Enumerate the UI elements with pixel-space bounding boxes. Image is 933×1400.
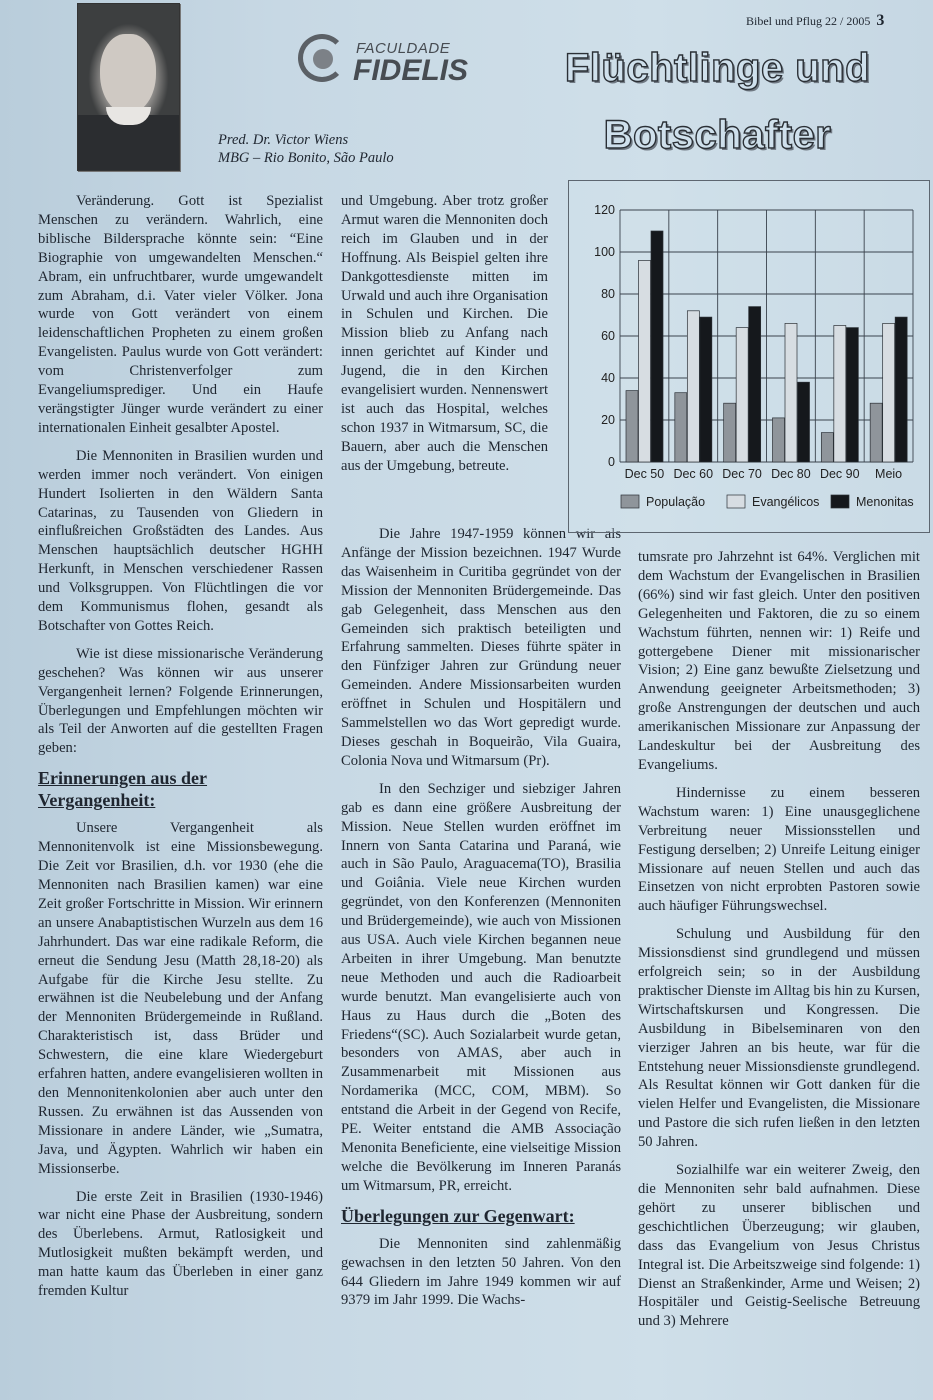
x-tick-label: Dec 80 bbox=[771, 467, 811, 481]
author-affiliation: MBG – Rio Bonito, São Paulo bbox=[218, 149, 394, 167]
paragraph: Hindernisse zu einem besseren Wachstum w… bbox=[638, 784, 920, 916]
x-tick-label: Meio bbox=[875, 467, 902, 481]
paragraph: Schulung und Ausbildung für den Missions… bbox=[638, 925, 920, 1152]
logo-mark-icon bbox=[298, 34, 346, 82]
bar-menonitas bbox=[798, 382, 810, 462]
column-3: tumsrate pro Jahrzehnt ist 64%. Verglich… bbox=[638, 548, 920, 1340]
legend-label: População bbox=[646, 495, 705, 509]
y-tick-label: 120 bbox=[594, 203, 615, 217]
publication-name: Bibel und Pflug 22 / 2005 bbox=[746, 14, 870, 28]
y-tick-label: 20 bbox=[601, 413, 615, 427]
y-tick-label: 40 bbox=[601, 371, 615, 385]
x-tick-label: Dec 90 bbox=[820, 467, 860, 481]
column-2-top: und Umgebung. Aber trotz großer Armut wa… bbox=[341, 192, 548, 485]
paragraph: Die erste Zeit in Brasilien (1930-1946) … bbox=[38, 1188, 323, 1301]
paragraph: Die Mennoniten sind zahlenmäßig gewachse… bbox=[341, 1235, 621, 1311]
legend-swatch bbox=[727, 495, 745, 508]
page-number: 3 bbox=[876, 12, 884, 29]
legend-label: Menonitas bbox=[856, 495, 914, 509]
face bbox=[100, 34, 156, 114]
article-title-line2: Botschafter bbox=[545, 113, 890, 158]
section-heading: Überlegungen zur Gegenwart: bbox=[341, 1205, 621, 1227]
bar-menonitas bbox=[749, 307, 761, 462]
bar-população bbox=[675, 393, 687, 462]
y-tick-label: 80 bbox=[601, 287, 615, 301]
paragraph: Die Jahre 1947-1959 können wir als Anfän… bbox=[341, 525, 621, 771]
paragraph: tumsrate pro Jahrzehnt ist 64%. Verglich… bbox=[638, 548, 920, 775]
bar-evangélicos bbox=[736, 328, 748, 462]
y-tick-label: 0 bbox=[608, 455, 615, 469]
bar-evangélicos bbox=[883, 323, 895, 462]
x-tick-label: Dec 60 bbox=[673, 467, 713, 481]
author-photo bbox=[77, 3, 180, 171]
paragraph: Die Mennoniten in Brasilien wurden und w… bbox=[38, 447, 323, 636]
logo-line2: FIDELIS bbox=[353, 54, 468, 88]
bar-evangélicos bbox=[834, 326, 846, 463]
paragraph: Unsere Vergangenheit als Mennonitenvolk … bbox=[38, 819, 323, 1178]
bar-menonitas bbox=[700, 317, 712, 462]
bar-menonitas bbox=[895, 317, 907, 462]
author-byline: Pred. Dr. Victor Wiens MBG – Rio Bonito,… bbox=[218, 131, 394, 167]
paragraph: In den Sechziger und siebziger Jahren ga… bbox=[341, 780, 621, 1196]
y-tick-label: 60 bbox=[601, 329, 615, 343]
x-tick-label: Dec 70 bbox=[722, 467, 762, 481]
bar-chart: 020406080100120Dec 50Dec 60Dec 70Dec 80D… bbox=[568, 180, 930, 533]
paragraph: Veränderung. Gott ist Spezialist Mensche… bbox=[38, 192, 323, 438]
bar-evangélicos bbox=[639, 260, 651, 462]
y-tick-label: 100 bbox=[594, 245, 615, 259]
paragraph: Sozialhilfe war ein weiterer Zweig, den … bbox=[638, 1161, 920, 1331]
bar-população bbox=[626, 391, 638, 462]
paragraph: und Umgebung. Aber trotz großer Armut wa… bbox=[341, 192, 548, 476]
faculdade-fidelis-logo: FACULDADE FIDELIS bbox=[298, 30, 468, 92]
bar-população bbox=[870, 403, 882, 462]
article-title-line1: Flüchtlinge und bbox=[545, 46, 890, 91]
bar-menonitas bbox=[651, 231, 663, 462]
legend-swatch bbox=[831, 495, 849, 508]
bar-evangélicos bbox=[687, 311, 699, 462]
legend-label: Evangélicos bbox=[752, 495, 819, 509]
bar-evangélicos bbox=[785, 323, 797, 462]
column-1: Veränderung. Gott ist Spezialist Mensche… bbox=[38, 192, 323, 1310]
section-heading: Erinnerungen aus der Vergangenheit: bbox=[38, 767, 323, 811]
bar-população bbox=[821, 433, 833, 462]
legend-swatch bbox=[621, 495, 639, 508]
chart-svg: 020406080100120Dec 50Dec 60Dec 70Dec 80D… bbox=[569, 181, 929, 532]
bar-população bbox=[724, 403, 736, 462]
paragraph: Wie ist diese missionarische Veränderung… bbox=[38, 645, 323, 758]
x-tick-label: Dec 50 bbox=[625, 467, 665, 481]
author-name: Pred. Dr. Victor Wiens bbox=[218, 131, 394, 149]
bar-população bbox=[773, 418, 785, 462]
page-header: Bibel und Pflug 22 / 20053 bbox=[746, 12, 884, 30]
bar-menonitas bbox=[846, 328, 858, 462]
column-2-bottom: Die Jahre 1947-1959 können wir als Anfän… bbox=[341, 525, 621, 1319]
